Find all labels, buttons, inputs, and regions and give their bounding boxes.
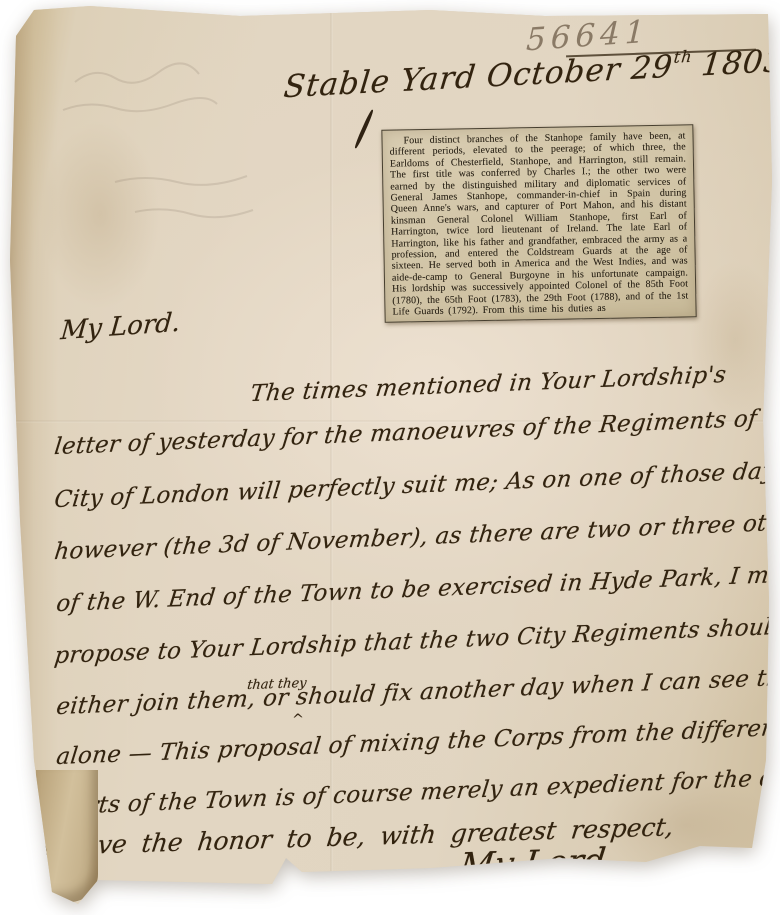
body-line: however (the 3d of November), as there a… — [53, 506, 780, 566]
body-line: alone — This proposal of mixing the Corp… — [55, 715, 780, 770]
vertical-fold-crease — [330, 0, 333, 915]
clipping-text: Four distinct branches of the Stanhope f… — [389, 130, 688, 318]
scan-background: 56641 Stable Yard October 29th1803 Four … — [0, 0, 780, 915]
body-line: propose to Your Lordship that the two Ci… — [53, 614, 780, 670]
interlinear-insertion: that they — [246, 676, 307, 693]
body-line: The times mentioned in Your Lordship's — [249, 362, 728, 407]
insertion-caret: ^ — [292, 712, 304, 728]
dateline-year: 1803 — [700, 43, 780, 84]
dateline-place-day: Stable Yard October 29 — [282, 49, 675, 106]
bottom-left-curl — [36, 770, 98, 902]
body-line: of the W. End of the Town to be exercise… — [55, 561, 780, 617]
body-line: letter of yesterday for the manoeuvres o… — [53, 404, 780, 460]
newspaper-clipping: Four distinct branches of the Stanhope f… — [381, 124, 696, 322]
body-line: City of London will perfectly suit me; A… — [53, 458, 780, 514]
body-line: either join them, or should fix another … — [55, 663, 780, 720]
letter-paper: 56641 Stable Yard October 29th1803 Four … — [0, 0, 780, 915]
faint-pencil-marks — [55, 32, 325, 252]
dateline-superscript: th — [673, 47, 694, 67]
letter-paper-wrapper: 56641 Stable Yard October 29th1803 Four … — [0, 0, 780, 915]
signoff: My Lord, — [457, 841, 619, 887]
salutation: My Lord. — [59, 308, 181, 347]
paper-stain — [690, 260, 780, 420]
stray-ink-stroke — [354, 109, 375, 149]
